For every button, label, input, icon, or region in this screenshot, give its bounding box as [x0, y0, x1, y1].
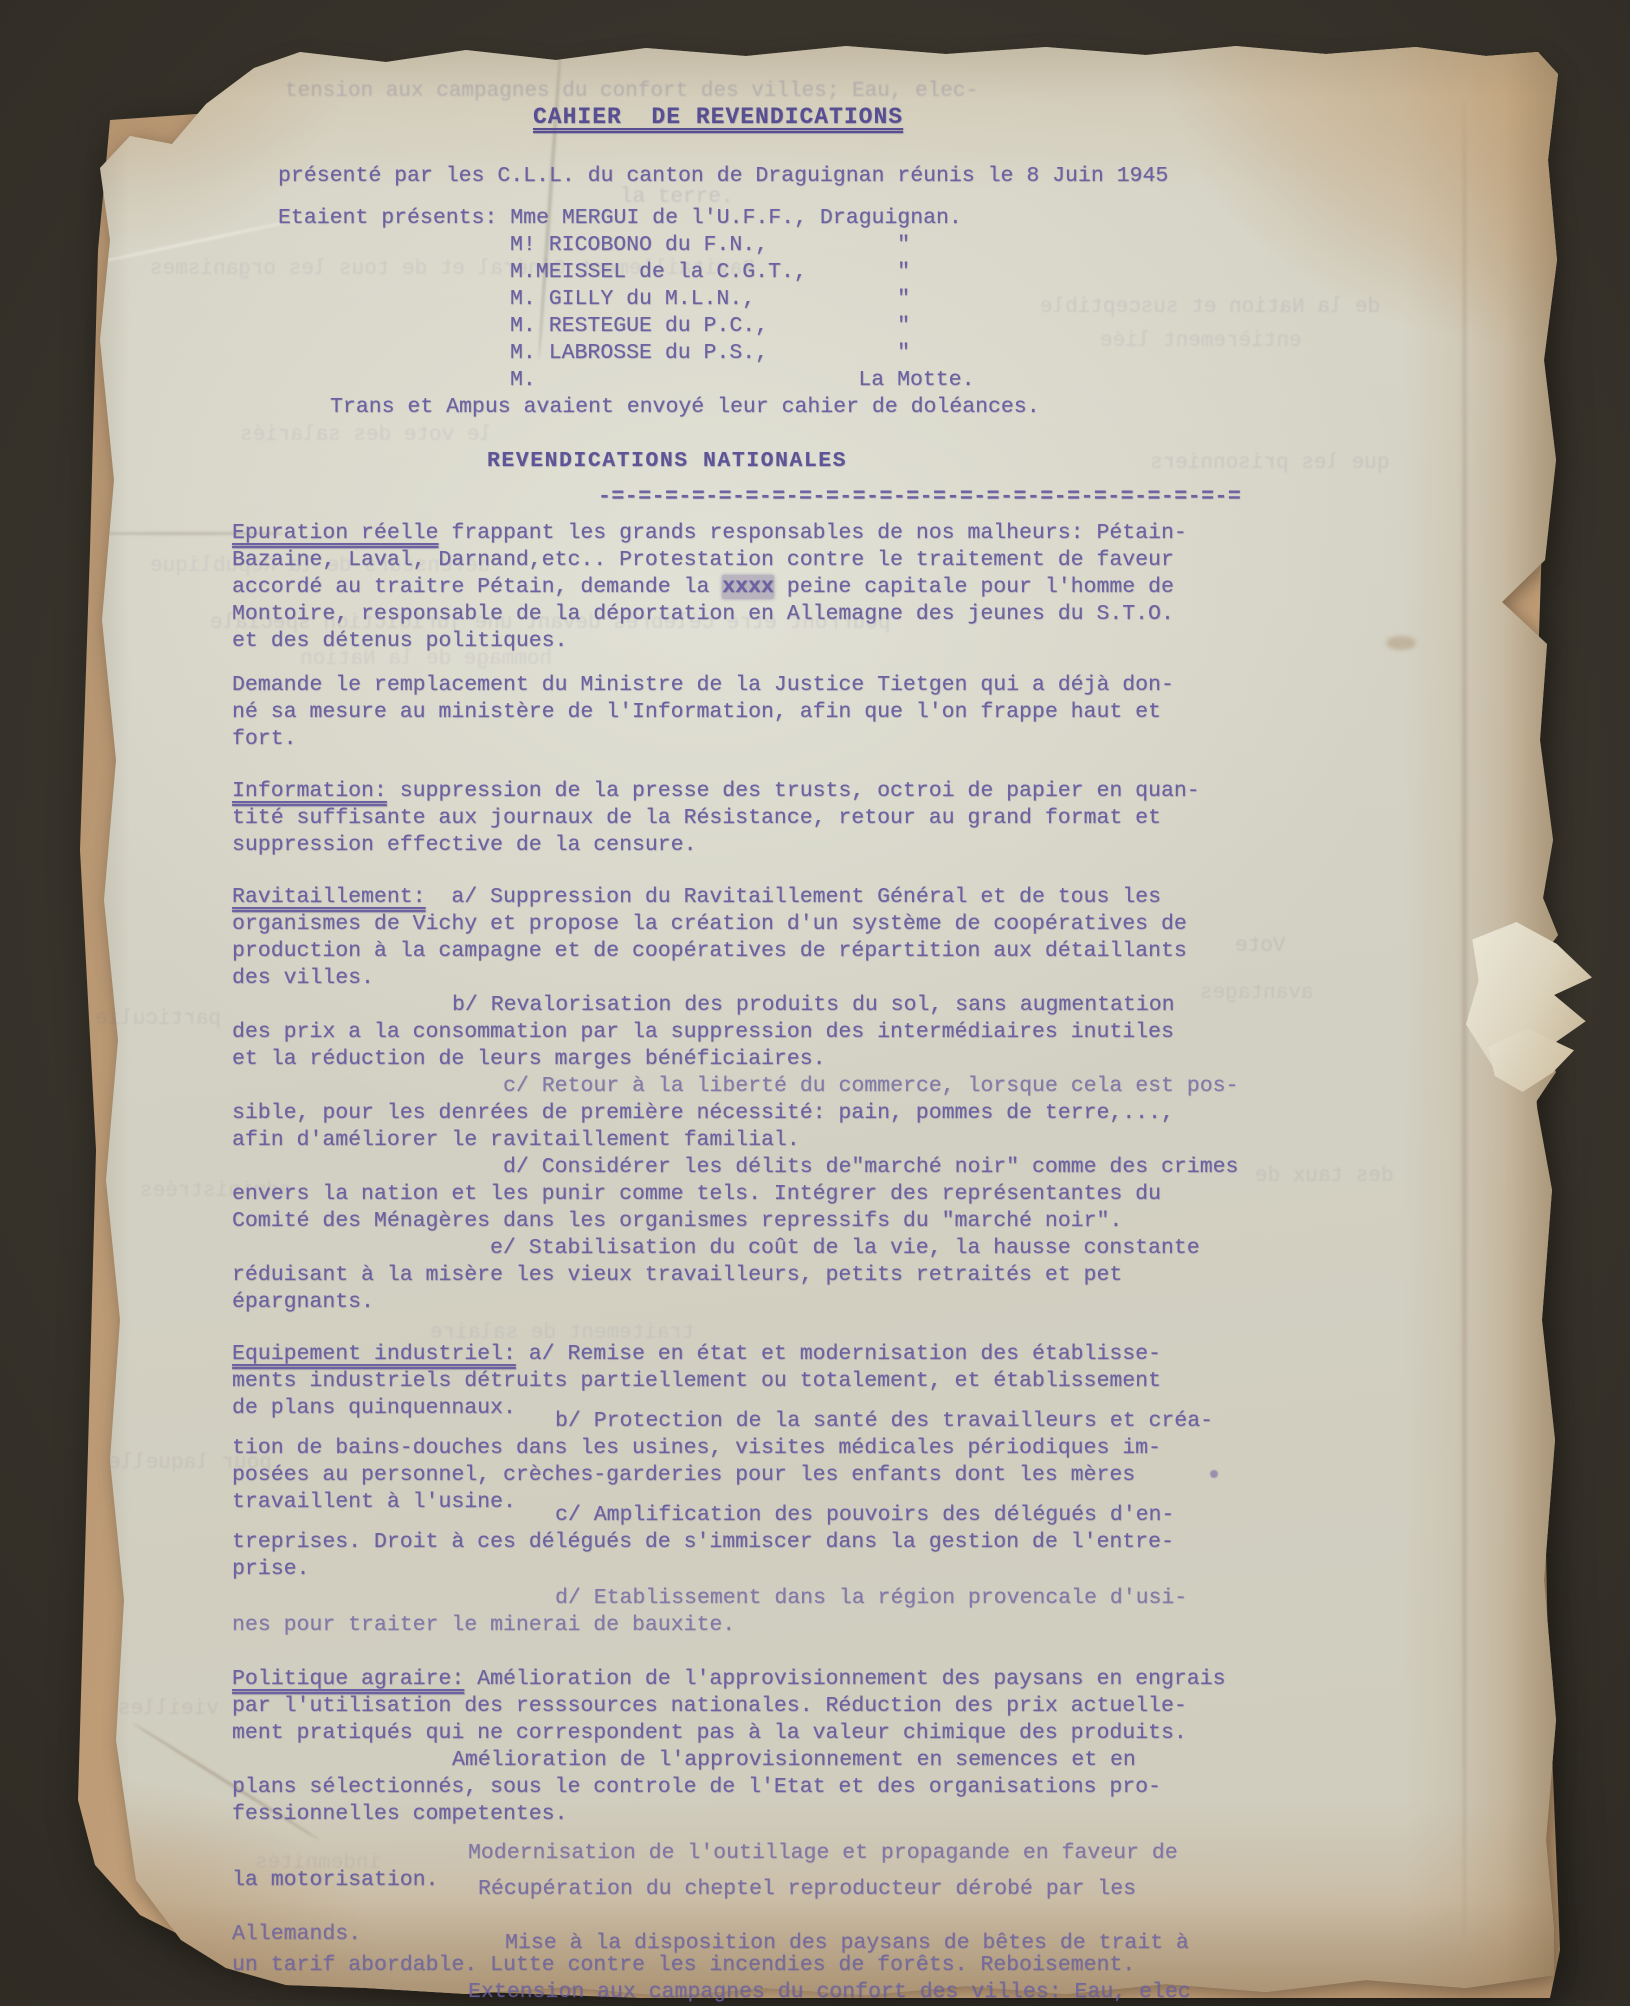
typed-text: peine capitale pour l'homme de — [774, 575, 1174, 599]
photo-background: tension aux campagnes du confort des vil… — [0, 0, 1630, 2000]
typed-line: Montoire, responsable de la déportation … — [232, 601, 1174, 628]
typed-text: et la réduction de leurs marges bénéfici… — [232, 1047, 826, 1071]
typed-text: nes pour traiter le minerai de bauxite. — [232, 1613, 735, 1637]
typed-line: né sa mesure au ministère de l'Informati… — [232, 699, 1161, 726]
typed-line: envers la nation et les punir comme tels… — [232, 1181, 1161, 1208]
typed-line: c/ Amplification des pouvoirs des délégu… — [555, 1502, 1174, 1529]
typed-text: réduisant à la misère les vieux travaill… — [232, 1263, 1122, 1287]
typed-text: né sa mesure au ministère de l'Informati… — [232, 700, 1161, 724]
typed-line: des prix a la consommation par la suppre… — [232, 1019, 1174, 1046]
typed-line: des villes. — [232, 965, 374, 992]
typed-text: Demande le remplacement du Ministre de l… — [232, 673, 1174, 697]
typed-text: fessionnelles competentes. — [232, 1802, 567, 1826]
typed-text: M.MEISSEL de la C.G.T., " — [510, 260, 910, 284]
typed-text: tion de bains-douches dans les usines, v… — [232, 1436, 1161, 1460]
typed-line: la motorisation. — [232, 1867, 438, 1894]
typed-line: et la réduction de leurs marges bénéfici… — [232, 1046, 826, 1073]
typed-line: production à la campagne et de coopérati… — [232, 938, 1187, 965]
typed-line: M. GILLY du M.L.N., " — [510, 286, 910, 313]
typed-text: REVENDICATIONS NATIONALES — [487, 449, 847, 473]
underlined-text: CAHIER DE REVENDICATIONS — [533, 104, 903, 130]
typed-line: un tarif abordable. Lutte contre les inc… — [232, 1952, 1135, 1979]
typed-text: c/ Amplification des pouvoirs des délégu… — [555, 1503, 1174, 1527]
typed-line: présenté par les C.L.L. du canton de Dra… — [278, 163, 1168, 190]
typed-text: ments industriels détruits partiellement… — [232, 1369, 1161, 1393]
typed-text: a/ Remise en état et modernisation des é… — [516, 1342, 1161, 1366]
typed-text: M. La Motte. — [510, 368, 974, 392]
typed-line: Allemands. — [232, 1921, 361, 1948]
typed-line: Modernisation de l'outillage et propagan… — [468, 1840, 1178, 1867]
typed-text: production à la campagne et de coopérati… — [232, 939, 1187, 963]
typed-line: M. La Motte. — [510, 367, 974, 394]
typed-line: REVENDICATIONS NATIONALES — [487, 448, 847, 475]
typed-strikeover: xxxx — [722, 575, 774, 599]
typed-line: de plans quinquennaux. — [232, 1395, 516, 1422]
typed-text: c/ Retour à la liberté du commerce, lors… — [503, 1074, 1238, 1098]
typed-text: travaillent à l'usine. — [232, 1490, 516, 1514]
typed-line: tité suffisante aux journaux de la Résis… — [232, 805, 1161, 832]
typed-text: Amélioration de l'approvisionnement en s… — [452, 1748, 1136, 1772]
typed-text: M. RESTEGUE du P.C., " — [510, 314, 910, 338]
typed-line: suppression effective de la censure. — [232, 832, 696, 859]
typed-text: plans sélectionnés, sous le controle de … — [232, 1775, 1161, 1799]
typed-text: e/ Stabilisation du coût de la vie, la h… — [490, 1236, 1200, 1260]
typed-line: prise. — [232, 1556, 309, 1583]
typed-line: ment pratiqués qui ne correspondent pas … — [232, 1720, 1187, 1747]
typed-text: suppression de la presse des trusts, oct… — [387, 779, 1200, 803]
typed-text-layer: CAHIER DE REVENDICATIONSprésenté par les… — [0, 0, 1630, 2000]
typed-text: treprises. Droit à ces délégués de s'imm… — [232, 1530, 1174, 1554]
typed-text: organismes de Vichy et propose la créati… — [232, 912, 1187, 936]
typed-line: M! RICOBONO du F.N., " — [510, 232, 910, 259]
typed-line: b/ Protection de la santé des travailleu… — [555, 1408, 1213, 1435]
underlined-text: Equipement industriel: — [232, 1342, 516, 1366]
typed-text: Etaient présents: Mme MERGUI de l'U.F.F.… — [278, 206, 962, 230]
typed-text: accordé au traitre Pétain, demande la — [232, 575, 722, 599]
typed-line: fort. — [232, 726, 297, 753]
typed-line: accordé au traitre Pétain, demande la xx… — [232, 574, 1174, 601]
typed-line: afin d'améliorer le ravitaillement famil… — [232, 1127, 800, 1154]
typed-text: a/ Suppression du Ravitaillement Général… — [426, 885, 1161, 909]
typed-line: treprises. Droit à ces délégués de s'imm… — [232, 1529, 1174, 1556]
typed-line: b/ Revalorisation des produits du sol, s… — [452, 992, 1175, 1019]
typed-line: Demande le remplacement du Ministre de l… — [232, 672, 1174, 699]
typed-text: frappant les grands responsables de nos … — [438, 521, 1186, 545]
typed-line: plans sélectionnés, sous le controle de … — [232, 1774, 1161, 1801]
typed-line: Etaient présents: Mme MERGUI de l'U.F.F.… — [278, 205, 962, 232]
typed-text: Extension aux campagnes du confort des v… — [468, 1980, 1191, 2000]
typed-line: M. RESTEGUE du P.C., " — [510, 313, 910, 340]
typed-line: réduisant à la misère les vieux travaill… — [232, 1262, 1122, 1289]
typed-text: fort. — [232, 727, 297, 751]
typed-line: posées au personnel, crèches-garderies p… — [232, 1462, 1135, 1489]
typed-text: par l'utilisation des resssources nation… — [232, 1694, 1187, 1718]
typed-line: Equipement industriel: a/ Remise en état… — [232, 1341, 1161, 1368]
typed-text: des prix a la consommation par la suppre… — [232, 1020, 1174, 1044]
typed-line: Bazaine, Laval, Darnand,etc.. Protestati… — [232, 547, 1174, 574]
typed-text: Comité des Ménagères dans les organismes… — [232, 1209, 1122, 1233]
typed-line: d/ Etablissement dans la région provenca… — [555, 1585, 1187, 1612]
typed-text: un tarif abordable. Lutte contre les inc… — [232, 1953, 1135, 1977]
typed-text: prise. — [232, 1557, 309, 1581]
typed-line: par l'utilisation des resssources nation… — [232, 1693, 1187, 1720]
typed-text: posées au personnel, crèches-garderies p… — [232, 1463, 1135, 1487]
underlined-text: Information: — [232, 779, 387, 803]
typed-line: Trans et Ampus avaient envoyé leur cahie… — [330, 394, 1040, 421]
typed-line: -=-=-=-=-=-=-=-=-=-=-=-=-=-=-=-=-=-=-=-=… — [598, 484, 1241, 511]
underlined-text: Epuration réelle — [232, 521, 438, 545]
typed-line: M. LABROSSE du P.S., " — [510, 340, 910, 367]
typed-text: Amélioration de l'approvisionnement des … — [464, 1667, 1225, 1691]
typed-text: de plans quinquennaux. — [232, 1396, 516, 1420]
typed-line: Ravitaillement: a/ Suppression du Ravita… — [232, 884, 1161, 911]
typed-line: Comité des Ménagères dans les organismes… — [232, 1208, 1122, 1235]
typed-text: Modernisation de l'outillage et propagan… — [468, 1841, 1178, 1865]
typed-line: Information: suppression de la presse de… — [232, 778, 1200, 805]
typed-line: Epuration réelle frappant les grands res… — [232, 520, 1187, 547]
typed-line: épargnants. — [232, 1289, 374, 1316]
typed-text: Montoire, responsable de la déportation … — [232, 602, 1174, 626]
typed-line: e/ Stabilisation du coût de la vie, la h… — [490, 1235, 1200, 1262]
typed-text: M. LABROSSE du P.S., " — [510, 341, 910, 365]
typed-line: M.MEISSEL de la C.G.T., " — [510, 259, 910, 286]
typed-text: b/ Protection de la santé des travailleu… — [555, 1409, 1213, 1433]
typed-line: organismes de Vichy et propose la créati… — [232, 911, 1187, 938]
typed-text: M! RICOBONO du F.N., " — [510, 233, 910, 257]
typed-text: Récupération du cheptel reproducteur dér… — [478, 1877, 1136, 1901]
typed-line: Politique agraire: Amélioration de l'app… — [232, 1666, 1225, 1693]
typed-line: Extension aux campagnes du confort des v… — [468, 1979, 1191, 2000]
typed-text: sible, pour les denrées de première néce… — [232, 1101, 1174, 1125]
typed-line: d/ Considérer les délits de"marché noir"… — [503, 1154, 1238, 1181]
typed-text: envers la nation et les punir comme tels… — [232, 1182, 1161, 1206]
typed-line: nes pour traiter le minerai de bauxite. — [232, 1612, 735, 1639]
typed-line: tion de bains-douches dans les usines, v… — [232, 1435, 1161, 1462]
typed-text: Trans et Ampus avaient envoyé leur cahie… — [330, 395, 1040, 419]
typed-text: tité suffisante aux journaux de la Résis… — [232, 806, 1161, 830]
typed-line: sible, pour les denrées de première néce… — [232, 1100, 1174, 1127]
typed-text: présenté par les C.L.L. du canton de Dra… — [278, 164, 1168, 188]
typed-text: d/ Considérer les délits de"marché noir"… — [503, 1155, 1238, 1179]
typed-line: fessionnelles competentes. — [232, 1801, 567, 1828]
typed-text: afin d'améliorer le ravitaillement famil… — [232, 1128, 800, 1152]
typed-line: Récupération du cheptel reproducteur dér… — [478, 1876, 1136, 1903]
typed-text: M. GILLY du M.L.N., " — [510, 287, 910, 311]
typed-text: Allemands. — [232, 1922, 361, 1946]
typed-line: c/ Retour à la liberté du commerce, lors… — [503, 1073, 1238, 1100]
typed-line: travaillent à l'usine. — [232, 1489, 516, 1516]
typed-text: ment pratiqués qui ne correspondent pas … — [232, 1721, 1187, 1745]
underlined-text: Ravitaillement: — [232, 885, 426, 909]
underlined-text: Politique agraire: — [232, 1667, 464, 1691]
typed-text: d/ Etablissement dans la région provenca… — [555, 1586, 1187, 1610]
typed-text: épargnants. — [232, 1290, 374, 1314]
typed-text: suppression effective de la censure. — [232, 833, 696, 857]
typed-text: la motorisation. — [232, 1868, 438, 1892]
typed-text: Bazaine, Laval, Darnand,etc.. Protestati… — [232, 548, 1174, 572]
typed-text: b/ Revalorisation des produits du sol, s… — [452, 993, 1175, 1017]
typed-line: et des détenus politiques. — [232, 628, 567, 655]
typed-text: des villes. — [232, 966, 374, 990]
typed-text: -=-=-=-=-=-=-=-=-=-=-=-=-=-=-=-=-=-=-=-=… — [598, 485, 1241, 509]
typed-line: CAHIER DE REVENDICATIONS — [533, 104, 903, 131]
typed-line: Amélioration de l'approvisionnement en s… — [452, 1747, 1136, 1774]
typed-line: ments industriels détruits partiellement… — [232, 1368, 1161, 1395]
typed-text: et des détenus politiques. — [232, 629, 567, 653]
